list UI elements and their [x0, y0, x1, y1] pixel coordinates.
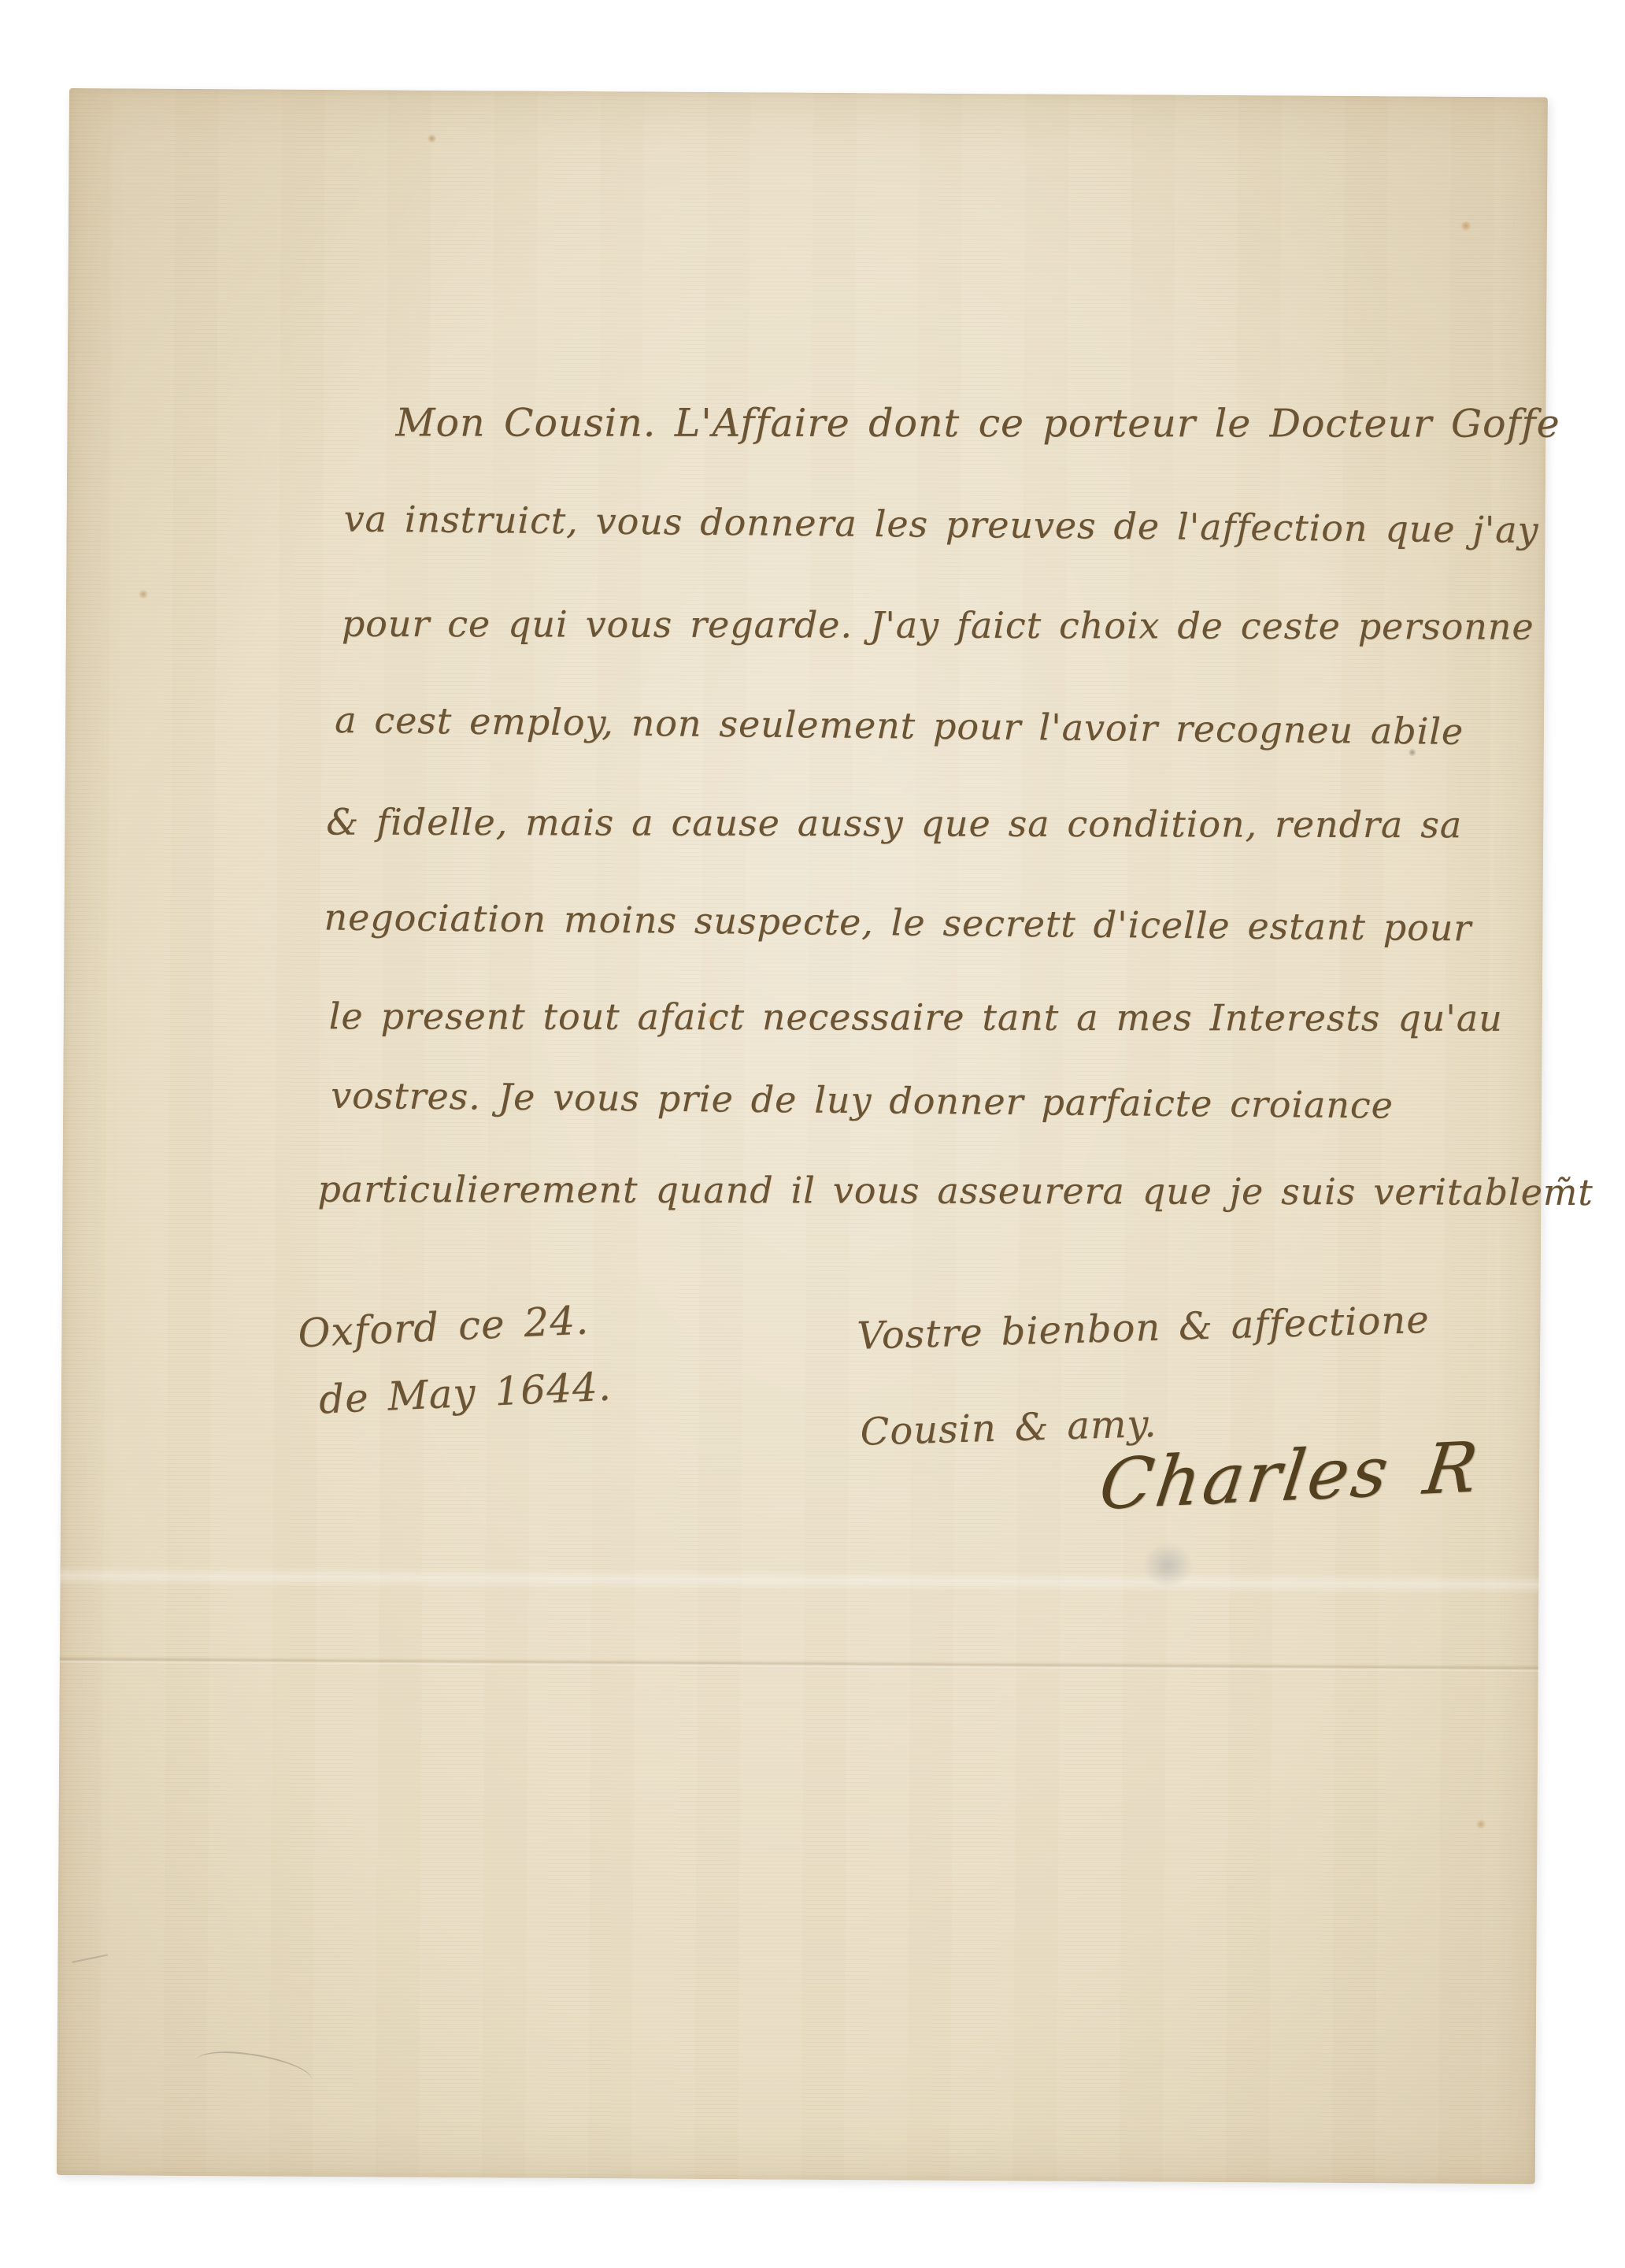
pencil-mark	[193, 2046, 315, 2096]
dateline-place-day: Oxford ce 24.	[297, 1296, 590, 1357]
letter-line: particulierement quand il vous asseurera…	[317, 1168, 1593, 1214]
letter-line: negociation moins suspecte, le secrett d…	[324, 895, 1471, 950]
fox-spot	[1460, 221, 1471, 231]
letter-line: & fidelle, mais a cause aussy que sa con…	[326, 801, 1462, 847]
letter-line: le present tout afaict necessaire tant a…	[329, 995, 1503, 1040]
fox-spot	[708, 1015, 716, 1024]
signature-charles-r: Charles R	[1095, 1425, 1485, 1527]
paper-light-band	[60, 1566, 1538, 1595]
fold-crease-line	[60, 1656, 1538, 1672]
letter-line: a cest employ, non seulement pour l'avoi…	[335, 699, 1464, 754]
scan-background: Mon Cousin. L'Affaire dont ce porteur le…	[0, 0, 1625, 2268]
letter-line: Mon Cousin. L'Affaire dont ce porteur le…	[395, 400, 1560, 447]
dateline-month-year: de May 1644.	[318, 1363, 613, 1424]
closing-line: Vostre bienbon & affectione	[857, 1298, 1431, 1360]
pencil-mark	[69, 1942, 108, 1963]
letter-line: vostres. Je vous prie de luy donner parf…	[331, 1074, 1394, 1128]
ink-smudge	[1142, 1542, 1193, 1588]
ink-speck	[1408, 748, 1416, 756]
fox-spot	[139, 590, 148, 599]
fox-spot	[1476, 1820, 1486, 1829]
letter-line: va instruict, vous donnera les preuves d…	[343, 497, 1538, 552]
letter-line: pour ce qui vous regarde. J'ay faict cho…	[342, 602, 1534, 649]
letter-paper: Mon Cousin. L'Affaire dont ce porteur le…	[57, 88, 1548, 2184]
fox-spot	[428, 135, 437, 143]
